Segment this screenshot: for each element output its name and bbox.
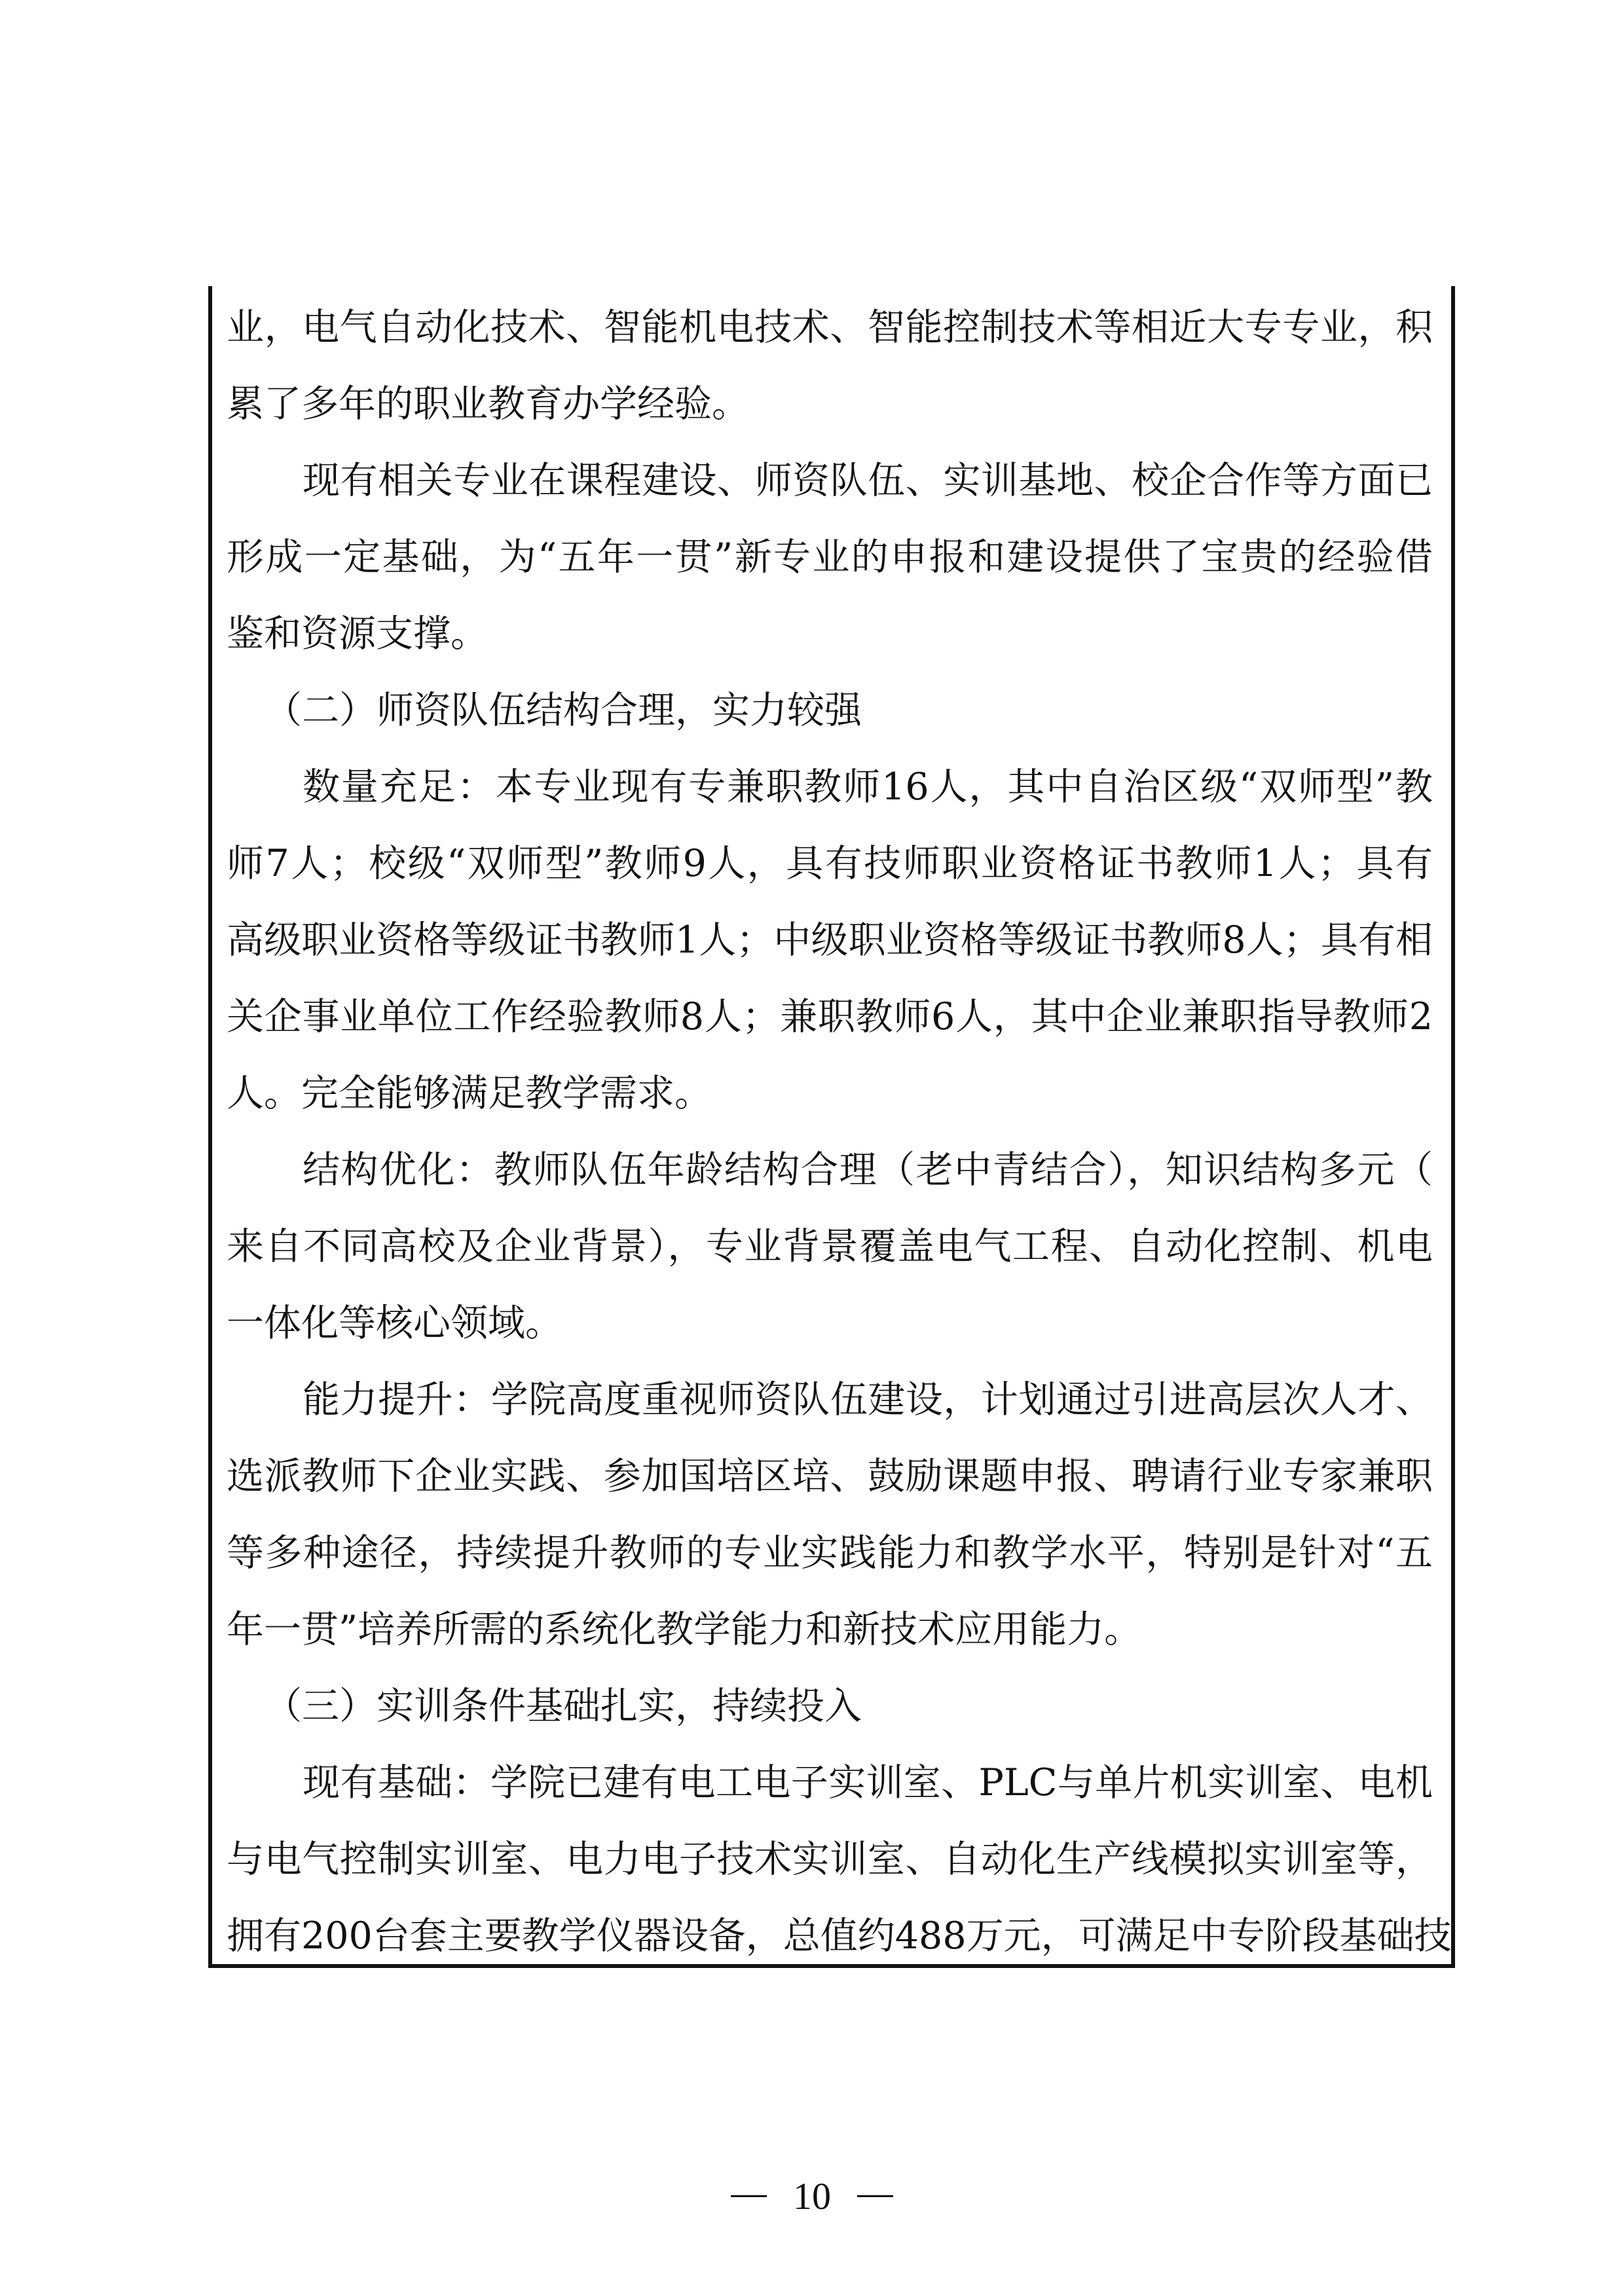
text-line-3: 现有相关专业在课程建设、师资队伍、实训基地、校企合作等方面已 xyxy=(227,443,1433,519)
section-heading-3: （三）实训条件基础扎实，持续投入 xyxy=(227,1668,1433,1745)
paragraph-text: 拥有200台套主要教学仪器设备，总值约488万元，可满足中专阶段基础技 xyxy=(227,1898,1433,1975)
section-heading-text: （二）师资队伍结构合理，实力较强 xyxy=(227,672,862,749)
text-line-18: 年一贯”培养所需的系统化教学能力和新技术应用能力。 xyxy=(227,1592,1433,1668)
paragraph-text: 与电气控制实训室、电力电子技术实训室、自动化生产线模拟实训室等， xyxy=(227,1821,1433,1898)
text-line-16: 选派教师下企业实践、参加国培区培、鼓励课题申报、聘请行业专家兼职 xyxy=(227,1438,1433,1515)
text-line-7: 数量充足：本专业现有专兼职教师16人，其中自治区级“双师型”教 xyxy=(227,749,1433,826)
table-cell-content: 业，电气自动化技术、智能机电技术、智能控制技术等相近大专专业，积 累了多年的职业… xyxy=(227,289,1433,1975)
section-heading-2: （二）师资队伍结构合理，实力较强 xyxy=(227,672,1433,749)
paragraph-text: 累了多年的职业教育办学经验。 xyxy=(227,366,749,443)
paragraph-text: 业，电气自动化技术、智能机电技术、智能控制技术等相近大专专业，积 xyxy=(227,289,1433,366)
section-heading-text: （三）实训条件基础扎实，持续投入 xyxy=(227,1668,862,1745)
paragraph-text: 师7人；校级“双师型”教师9人，具有技师职业资格证书教师1人；具有 xyxy=(227,826,1433,902)
paragraph-text: 选派教师下企业实践、参加国培区培、鼓励课题申报、聘请行业专家兼职 xyxy=(227,1438,1433,1515)
text-line-8: 师7人；校级“双师型”教师9人，具有技师职业资格证书教师1人；具有 xyxy=(227,826,1433,902)
paragraph-text: 现有相关专业在课程建设、师资队伍、实训基地、校企合作等方面已 xyxy=(303,443,1433,519)
paragraph-text: 来自不同高校及企业背景），专业背景覆盖电气工程、自动化控制、机电 xyxy=(227,1209,1433,1285)
text-line-20: 现有基础：学院已建有电工电子实训室、PLC与单片机实训室、电机 xyxy=(227,1745,1433,1821)
paragraph-text: 高级职业资格等级证书教师1人；中级职业资格等级证书教师8人；具有相 xyxy=(227,902,1433,979)
text-line-9: 高级职业资格等级证书教师1人；中级职业资格等级证书教师8人；具有相 xyxy=(227,902,1433,979)
text-line-17: 等多种途径，持续提升教师的专业实践能力和教学水平，特别是针对“五 xyxy=(227,1515,1433,1592)
paragraph-text: 年一贯”培养所需的系统化教学能力和新技术应用能力。 xyxy=(227,1592,1141,1668)
text-line-21: 与电气控制实训室、电力电子技术实训室、自动化生产线模拟实训室等， xyxy=(227,1821,1433,1898)
text-line-14: 一体化等核心领域。 xyxy=(227,1285,1433,1362)
paragraph-text: 能力提升：学院高度重视师资队伍建设，计划通过引进高层次人才、 xyxy=(303,1362,1433,1438)
document-page: 业，电气自动化技术、智能机电技术、智能控制技术等相近大专专业，积 累了多年的职业… xyxy=(0,0,1624,2296)
text-line-13: 来自不同高校及企业背景），专业背景覆盖电气工程、自动化控制、机电 xyxy=(227,1209,1433,1285)
paragraph-text: 一体化等核心领域。 xyxy=(227,1285,563,1362)
page-number: 10 xyxy=(0,2174,1624,2219)
paragraph-text: 结构优化：教师队伍年龄结构合理（老中青结合），知识结构多元（ xyxy=(303,1132,1433,1209)
paragraph-text: 形成一定基础，为“五年一贯”新专业的申报和建设提供了宝贵的经验借 xyxy=(227,519,1433,596)
text-line-12: 结构优化：教师队伍年龄结构合理（老中青结合），知识结构多元（ xyxy=(227,1132,1433,1209)
paragraph-text: 现有基础：学院已建有电工电子实训室、PLC与单片机实训室、电机 xyxy=(303,1745,1433,1821)
text-line-4: 形成一定基础，为“五年一贯”新专业的申报和建设提供了宝贵的经验借 xyxy=(227,519,1433,596)
text-line-1: 业，电气自动化技术、智能机电技术、智能控制技术等相近大专专业，积 xyxy=(227,289,1433,366)
text-line-15: 能力提升：学院高度重视师资队伍建设，计划通过引进高层次人才、 xyxy=(227,1362,1433,1438)
paragraph-text: 等多种途径，持续提升教师的专业实践能力和教学水平，特别是针对“五 xyxy=(227,1515,1433,1592)
text-line-10: 关企事业单位工作经验教师8人；兼职教师6人，其中企业兼职指导教师2 xyxy=(227,979,1433,1055)
paragraph-text: 数量充足：本专业现有专兼职教师16人，其中自治区级“双师型”教 xyxy=(303,749,1433,826)
text-line-22: 拥有200台套主要教学仪器设备，总值约488万元，可满足中专阶段基础技 xyxy=(227,1898,1433,1975)
page-number-value: 10 xyxy=(793,2175,831,2217)
dash-left-decoration xyxy=(731,2195,767,2197)
text-line-2: 累了多年的职业教育办学经验。 xyxy=(227,366,1433,443)
text-line-5: 鉴和资源支撑。 xyxy=(227,596,1433,672)
dash-right-decoration xyxy=(857,2195,893,2197)
text-line-11: 人。完全能够满足教学需求。 xyxy=(227,1055,1433,1132)
paragraph-text: 鉴和资源支撑。 xyxy=(227,596,488,672)
paragraph-text: 人。完全能够满足教学需求。 xyxy=(227,1055,712,1132)
paragraph-text: 关企事业单位工作经验教师8人；兼职教师6人，其中企业兼职指导教师2 xyxy=(227,979,1433,1055)
